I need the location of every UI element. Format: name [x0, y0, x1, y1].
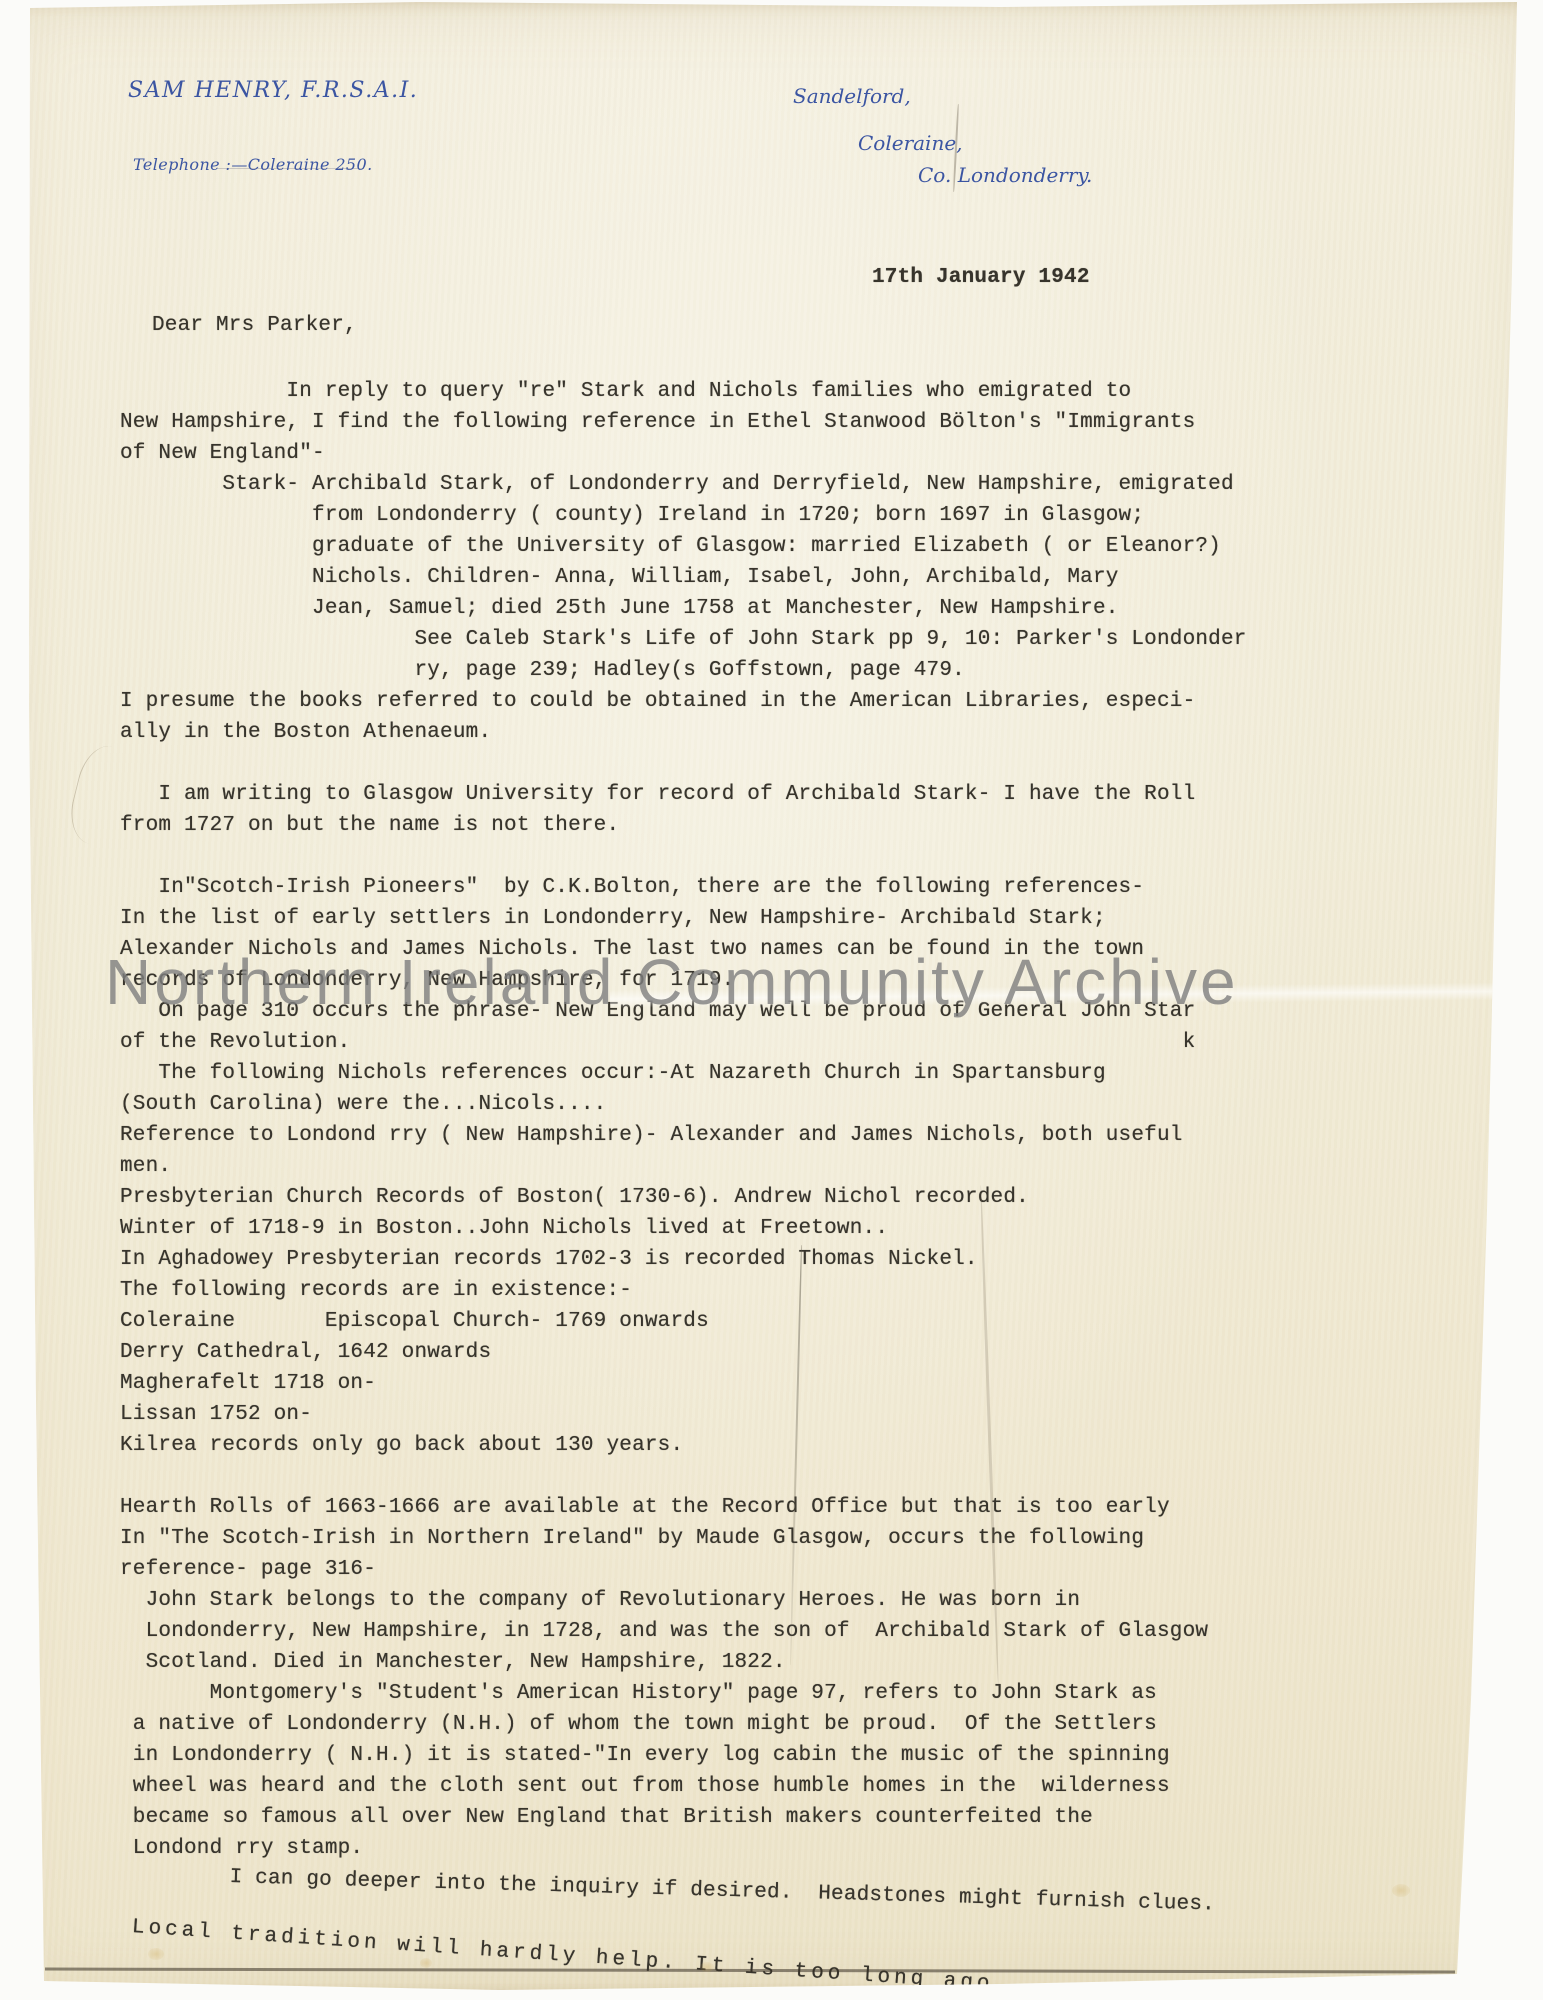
letterhead-address-line-3: Co. Londonderry. [918, 163, 1092, 187]
letter-body: In reply to query "re" Stark and Nichols… [120, 376, 1247, 1864]
letterhead-name: SAM HENRY, F.R.S.A.I. [128, 78, 418, 103]
letter-date: 17th January 1942 [872, 262, 1090, 293]
paper-stain [1392, 1884, 1410, 1897]
salutation: Dear Mrs Parker, [152, 310, 357, 341]
closing-line-1: I can go deeper into the inquiry if desi… [229, 1862, 1215, 1921]
watermark-overlay: Northern Ireland Community Archive [105, 946, 1239, 1018]
letterhead-address-line-1: Sandelford, [793, 84, 911, 108]
paper-stain [148, 1948, 164, 1960]
letterhead-telephone: Telephone :—Coleraine 250. [133, 155, 373, 174]
scanned-letter-background: SAM HENRY, F.R.S.A.I. Telephone :—Colera… [0, 0, 1543, 2000]
letterhead-address-line-2: Coleraine, [858, 131, 963, 155]
closing-line-2: Local tradition will hardly help. It is … [131, 1912, 1011, 2000]
